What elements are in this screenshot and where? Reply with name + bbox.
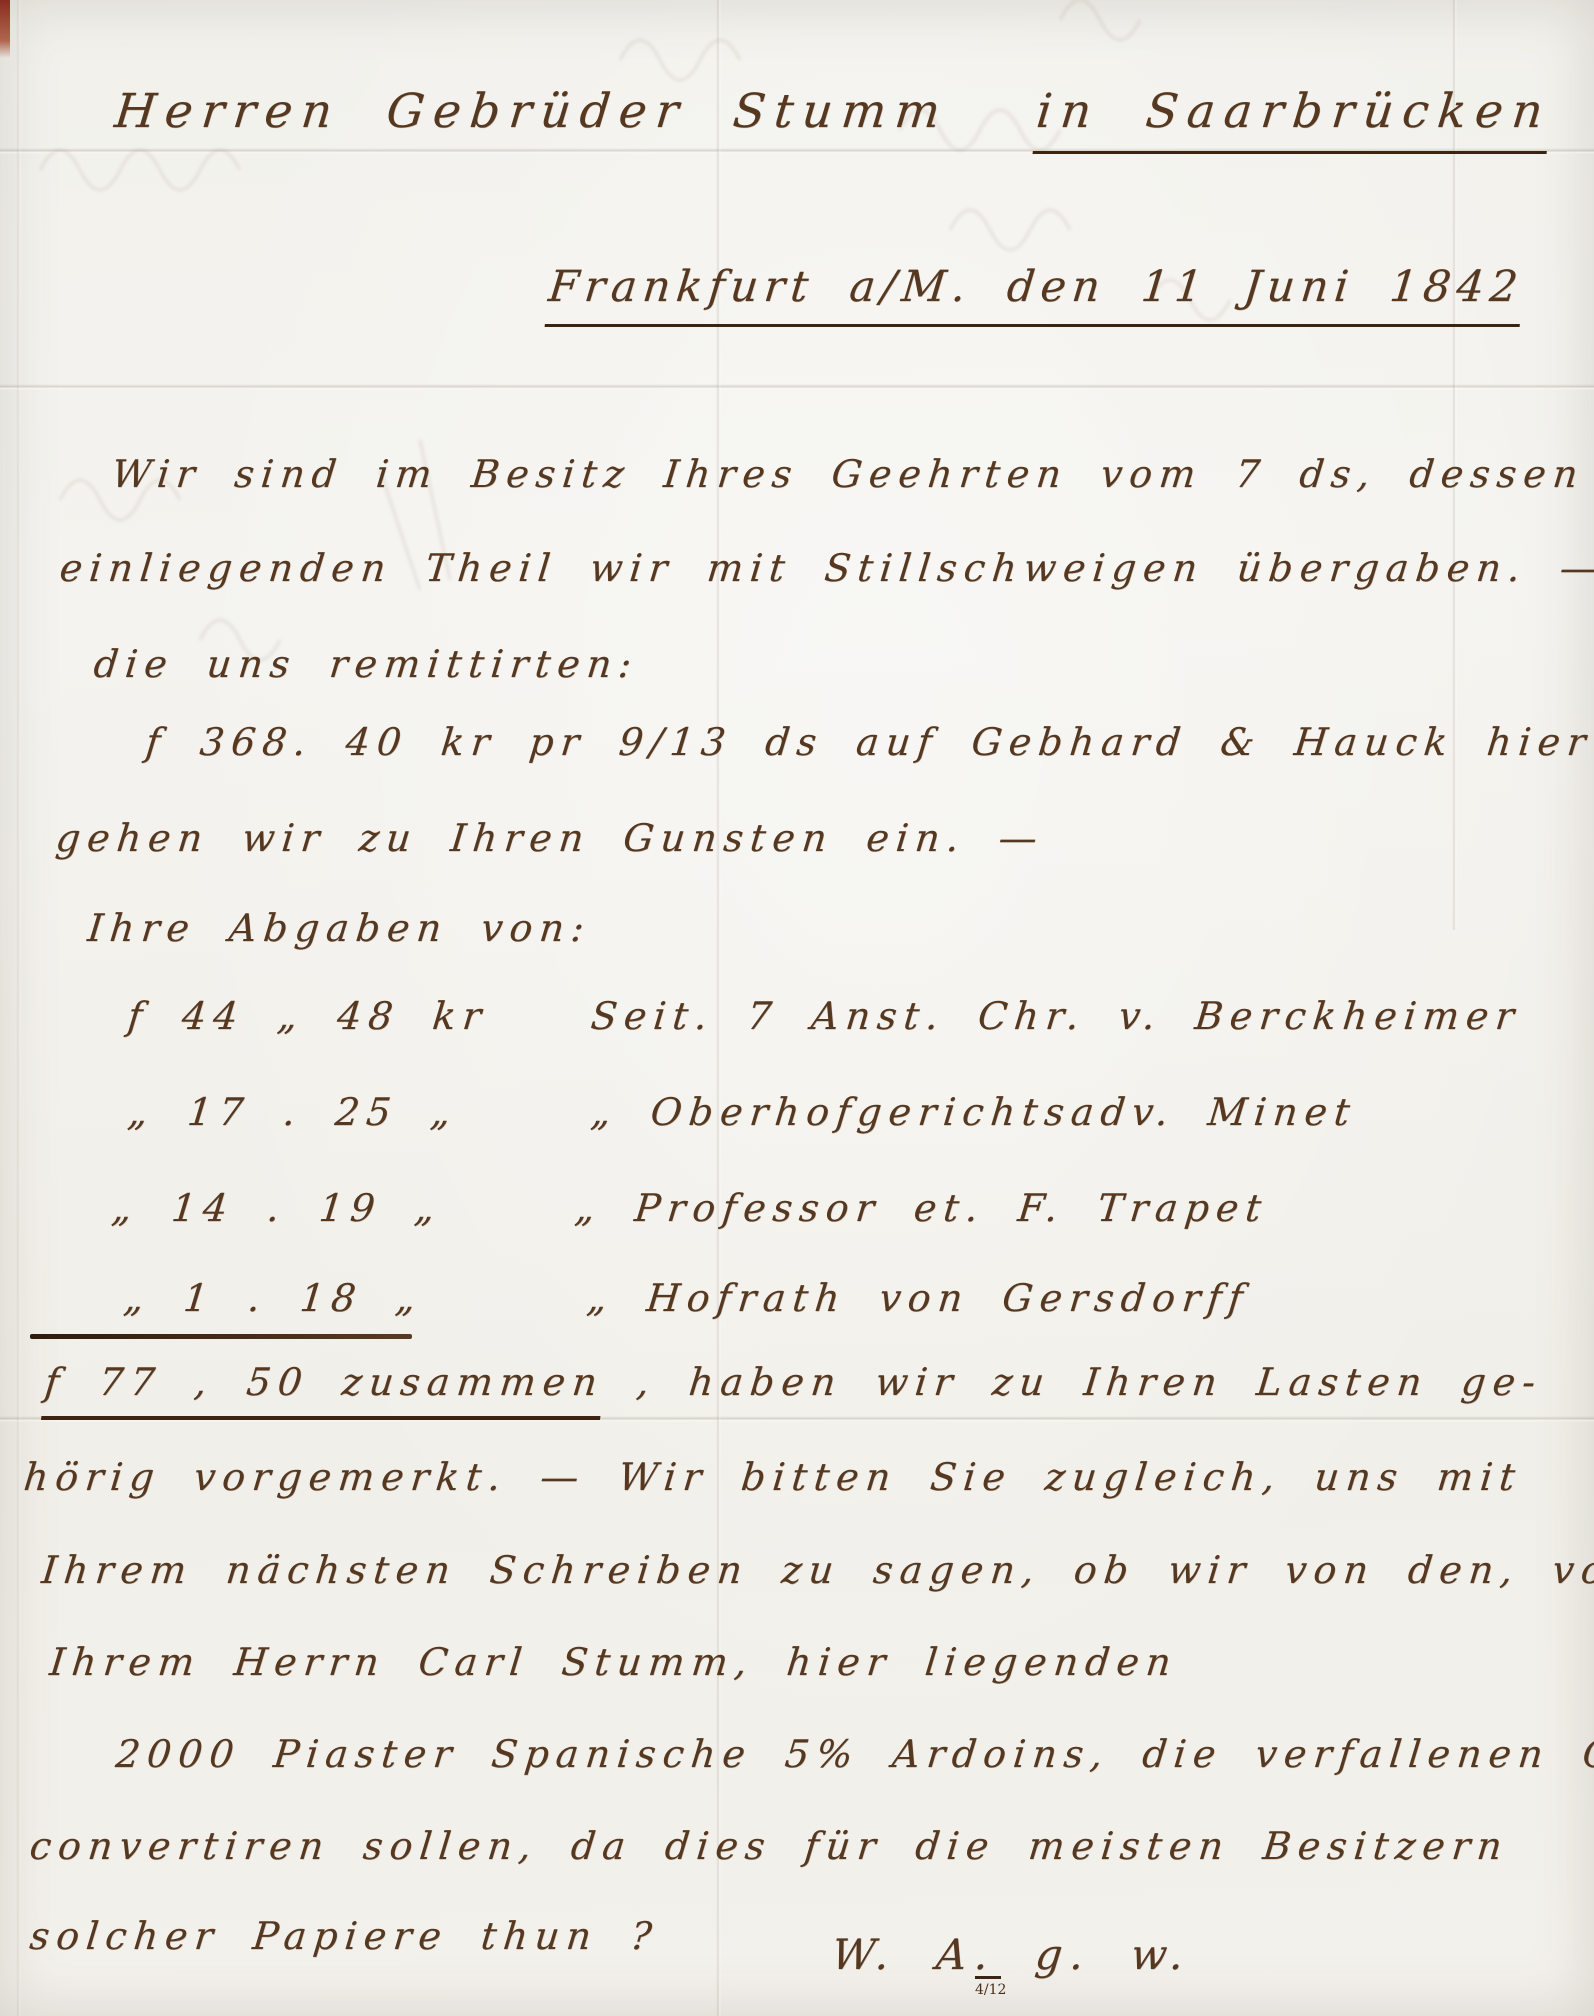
handwritten-line: 2000 Piaster Spanische 5% Ardoins, die v… [114, 1732, 1594, 1776]
account-row: „ 17 . 25 „ „ Oberhofgerichtsadv. Minet [126, 1090, 1359, 1134]
amount-cell: f 44 „ 48 kr [126, 994, 561, 1038]
account-row: f 44 „ 48 kr Seit. 7 Anst. Chr. v. Berck… [126, 994, 1523, 1038]
payee-cell: Seit. 7 Anst. Chr. v. Berckheimer [589, 994, 1523, 1038]
account-row: „ 1 . 18 „ „ Hofrath von Gersdorff [122, 1276, 1252, 1320]
payee-cell: „ Oberhofgerichtsadv. Minet [589, 1090, 1359, 1134]
handwritten-line: gehen wir zu Ihren Gunsten ein. — [54, 816, 1047, 860]
sum-line: f 77 , 50 zusammen , haben wir zu Ihren … [43, 1360, 1545, 1404]
page-mark: 4/12 [975, 1976, 1006, 1998]
handwritten-line: Ihrem Herrn Carl Stumm, hier liegenden [48, 1640, 1180, 1684]
handwritten-line: hörig vorgemerkt. — Wir bitten Sie zugle… [22, 1455, 1524, 1499]
handwritten-line: convertiren sollen, da dies für die meis… [28, 1824, 1511, 1868]
paper-edge-mark [0, 0, 10, 58]
recipient-location: in Saarbrücken [1032, 84, 1554, 154]
address-line: Herren Gebrüder Stumm in Saarbrücken [112, 84, 1554, 139]
handwritten-line: einliegenden Theil wir mit Stillschweige… [58, 546, 1594, 590]
letter-page: Herren Gebrüder Stumm in Saarbrücken Fra… [0, 0, 1594, 2016]
dateline: Frankfurt a/M. den 11 Juni 1842 [545, 262, 1526, 327]
fold-crease-horizontal-upper [0, 384, 1594, 390]
recipient-name: Herren Gebrüder Stumm [112, 84, 952, 139]
handwritten-line: die uns remittirten: [92, 642, 641, 686]
handwritten-line: Ihre Abgaben von: [86, 906, 594, 950]
fold-crease-vertical-left [16, 0, 21, 2016]
page-mark-number: 4/12 [975, 1982, 1006, 1998]
handwritten-line: f 368. 40 kr pr 9/13 ds auf Gebhard & Ha… [144, 720, 1594, 764]
account-row: „ 14 . 19 „ „ Professor et. F. Trapet [110, 1186, 1271, 1230]
handwritten-line: solcher Papiere thun ? [28, 1914, 661, 1958]
handwritten-line: Ihrem nächsten Schreiben zu sagen, ob wi… [40, 1548, 1594, 1592]
payee-cell: „ Professor et. F. Trapet [573, 1186, 1270, 1230]
amount-cell: „ 17 . 25 „ [126, 1090, 561, 1134]
amount-cell: „ 14 . 19 „ [110, 1186, 545, 1230]
sum-continuation: , haben wir zu Ihren Lasten ge- [635, 1360, 1545, 1404]
payee-cell: „ Hofrath von Gersdorff [585, 1276, 1252, 1320]
sum-rule [30, 1334, 412, 1339]
closing-abbreviation: W. A. g. w. [829, 1930, 1194, 1979]
amount-cell: „ 1 . 18 „ [122, 1276, 557, 1320]
sum-amount: f 77 , 50 zusammen [41, 1360, 606, 1420]
handwritten-line: Wir sind im Besitz Ihres Geehrten vom 7 … [110, 452, 1587, 496]
page-mark-dash [975, 1976, 1001, 1979]
